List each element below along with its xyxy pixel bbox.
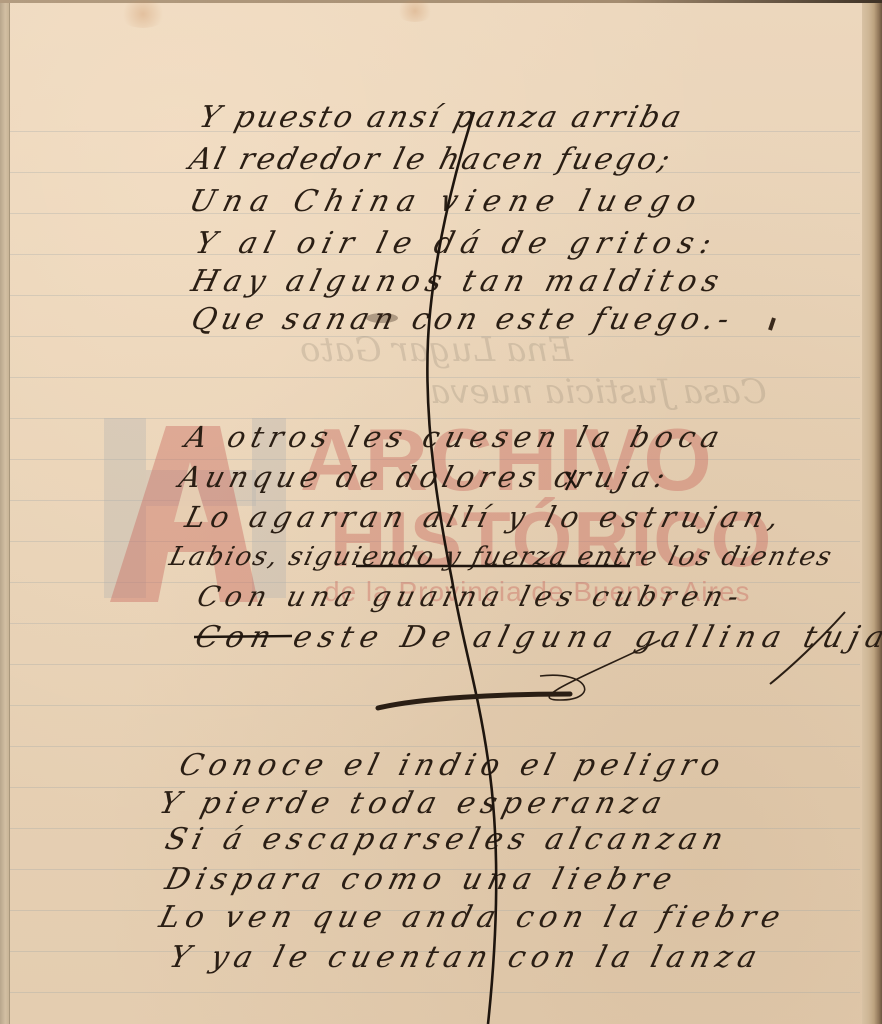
ink-blot [366,313,398,323]
ink-mark [770,318,774,330]
flourish-stroke [540,640,660,700]
ink-x-mark [566,470,576,490]
pen-marks [0,0,882,1024]
section-divider-stroke [378,694,570,708]
manuscript-page: Ena Lugar Gato Casa Justicia nueva ARCHI… [0,0,882,1024]
flourish-stroke [770,612,845,684]
vertical-pen-stroke [427,112,496,1024]
strikethrough-line [194,636,292,637]
